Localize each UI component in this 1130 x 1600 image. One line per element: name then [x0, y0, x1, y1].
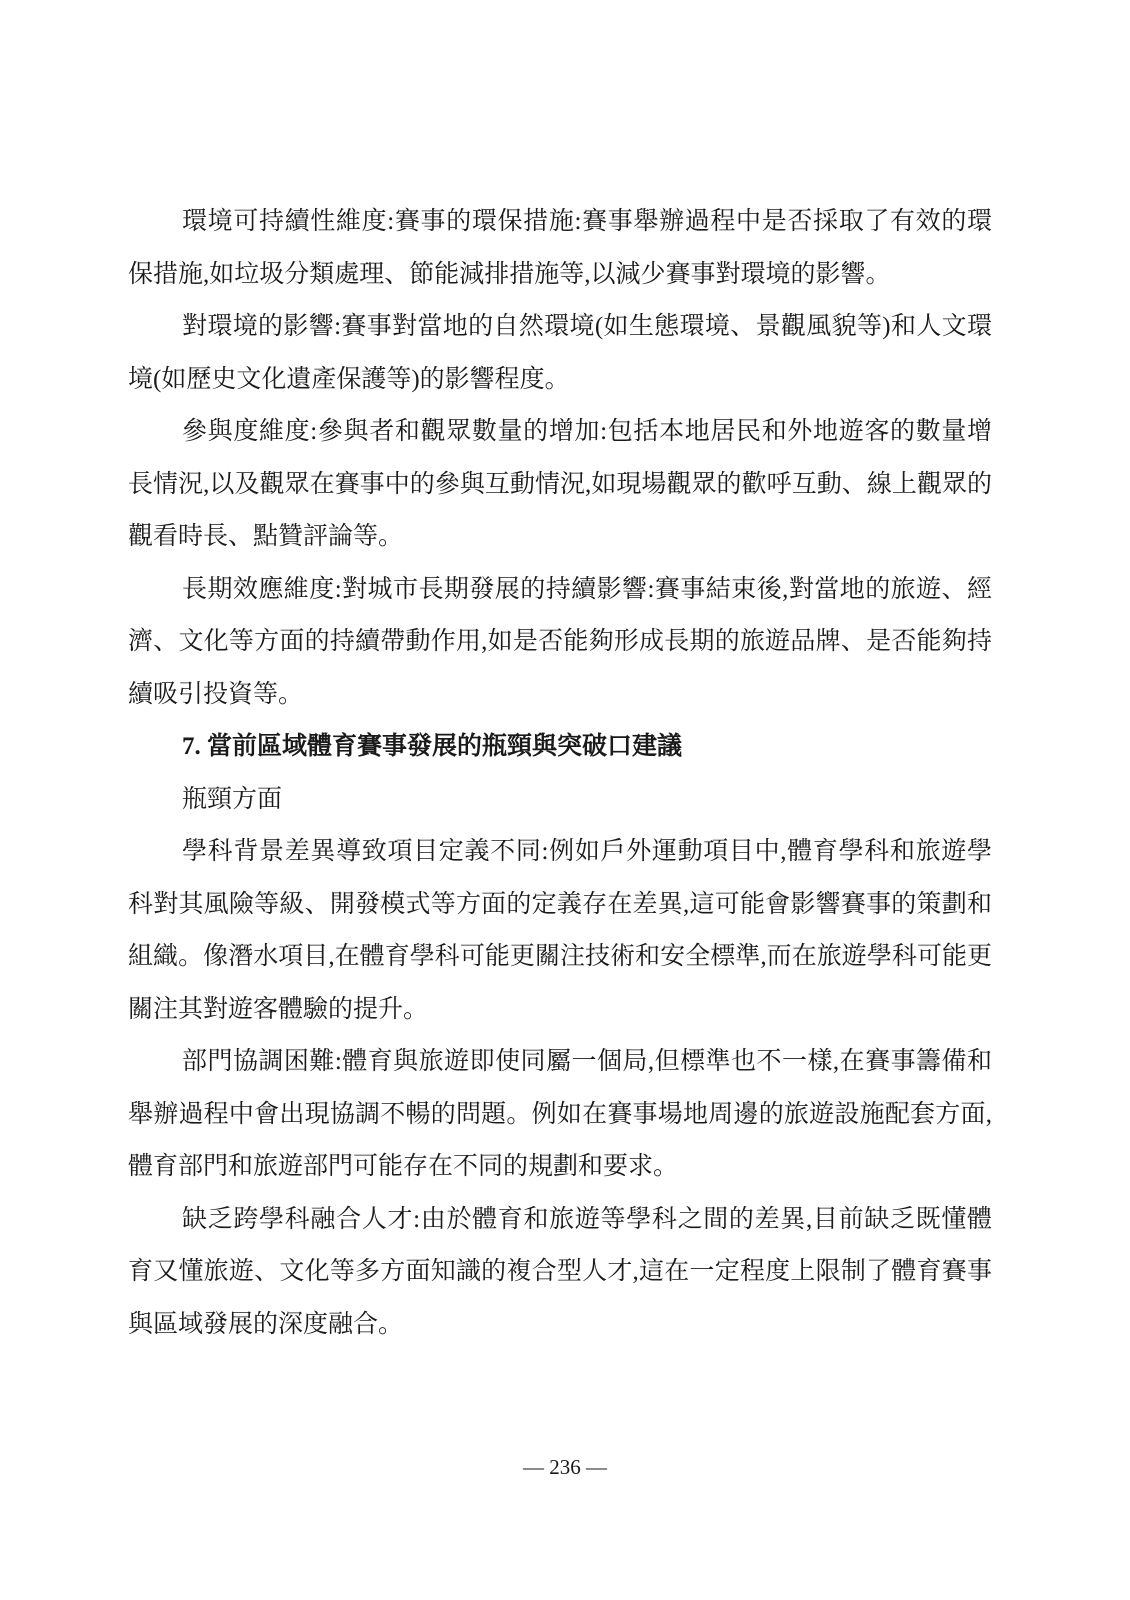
paragraph: 缺乏跨學科融合人才:由於體育和旅遊等學科之間的差異,目前缺乏既懂體育又懂旅遊、文…	[128, 1194, 992, 1352]
text-block: 環境可持續性維度:賽事的環保措施:賽事舉辦過程中是否採取了有效的環保措施,如垃圾…	[128, 196, 992, 1351]
paragraph: 學科背景差異導致項目定義不同:例如戶外運動項目中,體育學科和旅遊學科對其風險等級…	[128, 826, 992, 1036]
paragraph: 環境可持續性維度:賽事的環保措施:賽事舉辦過程中是否採取了有效的環保措施,如垃圾…	[128, 196, 992, 301]
paragraph: 對環境的影響:賽事對當地的自然環境(如生態環境、景觀風貌等)和人文環境(如歷史文…	[128, 301, 992, 406]
paragraph: 參與度維度:參與者和觀眾數量的增加:包括本地居民和外地遊客的數量增長情況,以及觀…	[128, 406, 992, 564]
document-page: 環境可持續性維度:賽事的環保措施:賽事舉辦過程中是否採取了有效的環保措施,如垃圾…	[0, 0, 1130, 1600]
paragraph: 瓶頸方面	[128, 774, 992, 827]
page-number: — 236 —	[0, 1452, 1130, 1482]
paragraph: 部門協調困難:體育與旅遊即使同屬一個局,但標準也不一樣,在賽事籌備和舉辦過程中會…	[128, 1036, 992, 1194]
paragraph: 長期效應維度:對城市長期發展的持續影響:賽事結束後,對當地的旅遊、經濟、文化等方…	[128, 564, 992, 722]
section-heading: 7. 當前區域體育賽事發展的瓶頸與突破口建議	[128, 721, 992, 774]
